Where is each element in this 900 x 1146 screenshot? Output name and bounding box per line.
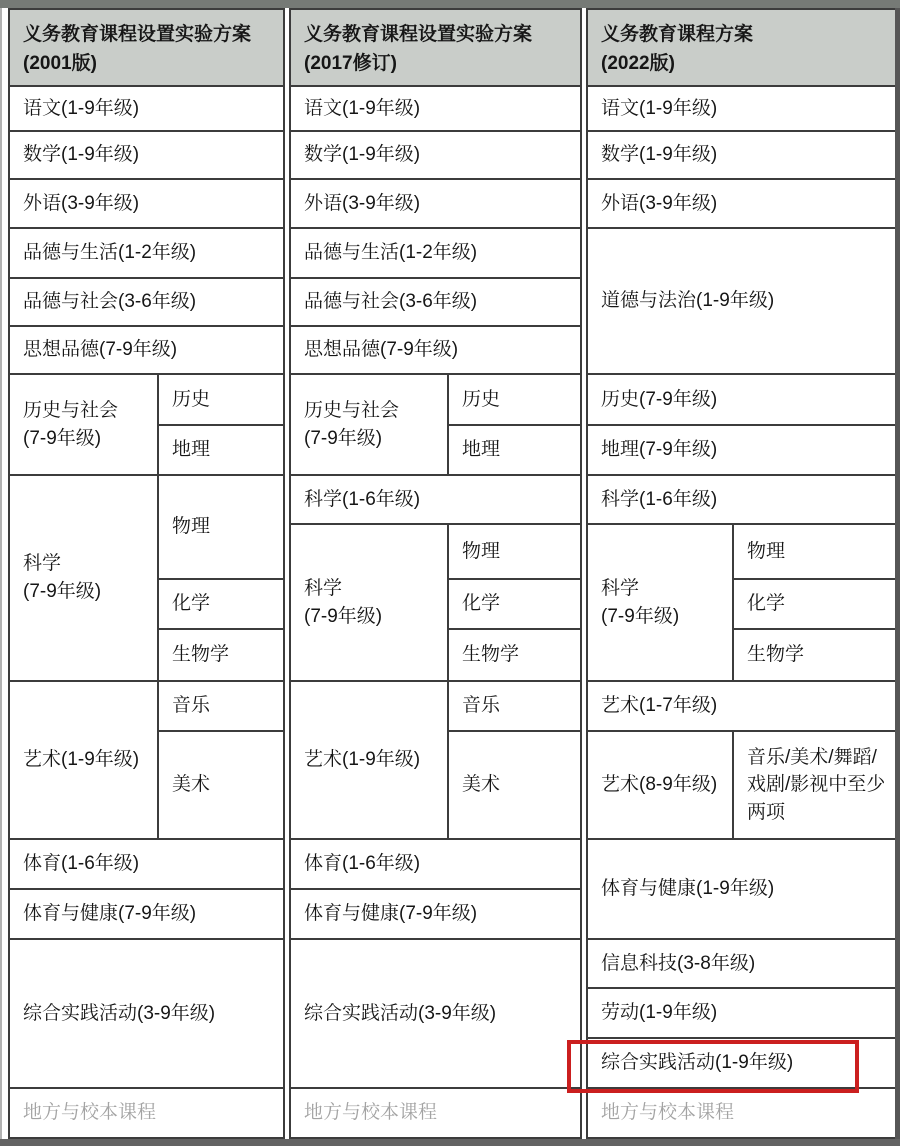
cell-2022-morality-law: 道德与法治(1-9年级) [587, 228, 898, 374]
cell-2017-geography: 地理 [448, 425, 581, 475]
cell-2001-chinese: 语文(1-9年级) [9, 86, 284, 131]
cell-2001-physics: 物理 [158, 475, 284, 579]
cell-2017-comprehensive-practice: 综合实践活动(3-9年级) [290, 939, 581, 1088]
cell-2017-fine-art: 美术 [448, 731, 581, 839]
cell-2001-history-society: 历史与社会 (7-9年级) [9, 374, 158, 475]
cell-2001-science: 科学 (7-9年级) [9, 475, 158, 681]
cell-2022-arts-1-7: 艺术(1-7年级) [587, 681, 898, 731]
cell-2022-arts-options: 音乐/美术/舞蹈/戏剧/影视中至少两项 [733, 731, 898, 839]
cell-2001-local-school-curriculum: 地方与校本课程 [9, 1088, 284, 1138]
cell-2017-arts: 艺术(1-9年级) [290, 681, 448, 839]
cell-2017-science-7-9: 科学 (7-9年级) [290, 524, 448, 681]
cell-2017-history: 历史 [448, 374, 581, 425]
cell-2001-morality-society: 品德与社会(3-6年级) [9, 278, 284, 326]
cell-2001-pe: 体育(1-6年级) [9, 839, 284, 889]
cell-2017-chemistry: 化学 [448, 579, 581, 629]
cell-2001-music: 音乐 [158, 681, 284, 731]
cell-2001-history: 历史 [158, 374, 284, 425]
table-2001: 义务教育课程设置实验方案 (2001版) 语文(1-9年级) 数学(1-9年级)… [8, 8, 285, 1139]
cell-2017-morality-life: 品德与生活(1-2年级) [290, 228, 581, 278]
cell-2017-pe: 体育(1-6年级) [290, 839, 581, 889]
cell-2022-information-technology: 信息科技(3-8年级) [587, 939, 898, 988]
cell-2001-fine-art: 美术 [158, 731, 284, 839]
cell-2022-arts-8-9: 艺术(8-9年级) [587, 731, 733, 839]
cell-2022-geography: 地理(7-9年级) [587, 425, 898, 475]
cell-2001-ideology-morality: 思想品德(7-9年级) [9, 326, 284, 374]
cell-2017-history-society: 历史与社会 (7-9年级) [290, 374, 448, 475]
cell-2022-history: 历史(7-9年级) [587, 374, 898, 425]
cell-2001-math: 数学(1-9年级) [9, 131, 284, 179]
cell-2017-local-school-curriculum: 地方与校本课程 [290, 1088, 581, 1138]
cell-2022-labor: 劳动(1-9年级) [587, 988, 898, 1038]
cell-2022-science-1-6: 科学(1-6年级) [587, 475, 898, 524]
cell-2001-biology: 生物学 [158, 629, 284, 681]
cell-2017-biology: 生物学 [448, 629, 581, 681]
cell-2022-foreign-language: 外语(3-9年级) [587, 179, 898, 228]
cell-2017-morality-society: 品德与社会(3-6年级) [290, 278, 581, 326]
cell-2022-comprehensive-practice: 综合实践活动(1-9年级) [587, 1038, 898, 1088]
cell-2022-local-school-curriculum: 地方与校本课程 [587, 1088, 898, 1138]
cell-2022-chemistry: 化学 [733, 579, 898, 629]
screenshot-edge-top [0, 0, 900, 8]
cell-2017-physics: 物理 [448, 524, 581, 579]
cell-2001-arts: 艺术(1-9年级) [9, 681, 158, 839]
cell-2022-science-7-9: 科学 (7-9年级) [587, 524, 733, 681]
cell-2001-comprehensive-practice: 综合实践活动(3-9年级) [9, 939, 284, 1088]
cell-2001-foreign-language: 外语(3-9年级) [9, 179, 284, 228]
cell-2001-chemistry: 化学 [158, 579, 284, 629]
cell-2001-geography: 地理 [158, 425, 284, 475]
cell-2001-pe-health: 体育与健康(7-9年级) [9, 889, 284, 939]
table-2001-header: 义务教育课程设置实验方案 (2001版) [9, 9, 284, 86]
cell-2017-math: 数学(1-9年级) [290, 131, 581, 179]
screenshot-edge-left [0, 0, 2, 1146]
cell-2017-science-1-6: 科学(1-6年级) [290, 475, 581, 524]
cell-2022-chinese: 语文(1-9年级) [587, 86, 898, 131]
cell-2022-math: 数学(1-9年级) [587, 131, 898, 179]
curriculum-comparison: 义务教育课程设置实验方案 (2001版) 语文(1-9年级) 数学(1-9年级)… [8, 8, 899, 1139]
table-2017: 义务教育课程设置实验方案 (2017修订) 语文(1-9年级) 数学(1-9年级… [289, 8, 582, 1139]
screenshot-edge-bottom [0, 1139, 900, 1146]
cell-2022-pe-health: 体育与健康(1-9年级) [587, 839, 898, 939]
table-2017-header: 义务教育课程设置实验方案 (2017修订) [290, 9, 581, 86]
screenshot-stage: 义务教育课程设置实验方案 (2001版) 语文(1-9年级) 数学(1-9年级)… [0, 0, 900, 1146]
screenshot-edge-right [895, 0, 900, 1146]
cell-2001-morality-life: 品德与生活(1-2年级) [9, 228, 284, 278]
table-2022: 义务教育课程方案 (2022版) 语文(1-9年级) 数学(1-9年级) 外语(… [586, 8, 899, 1139]
cell-2022-biology: 生物学 [733, 629, 898, 681]
cell-2017-ideology-morality: 思想品德(7-9年级) [290, 326, 581, 374]
cell-2017-music: 音乐 [448, 681, 581, 731]
cell-2017-pe-health: 体育与健康(7-9年级) [290, 889, 581, 939]
cell-2017-chinese: 语文(1-9年级) [290, 86, 581, 131]
cell-2022-physics: 物理 [733, 524, 898, 579]
table-2022-header: 义务教育课程方案 (2022版) [587, 9, 898, 86]
cell-2017-foreign-language: 外语(3-9年级) [290, 179, 581, 228]
